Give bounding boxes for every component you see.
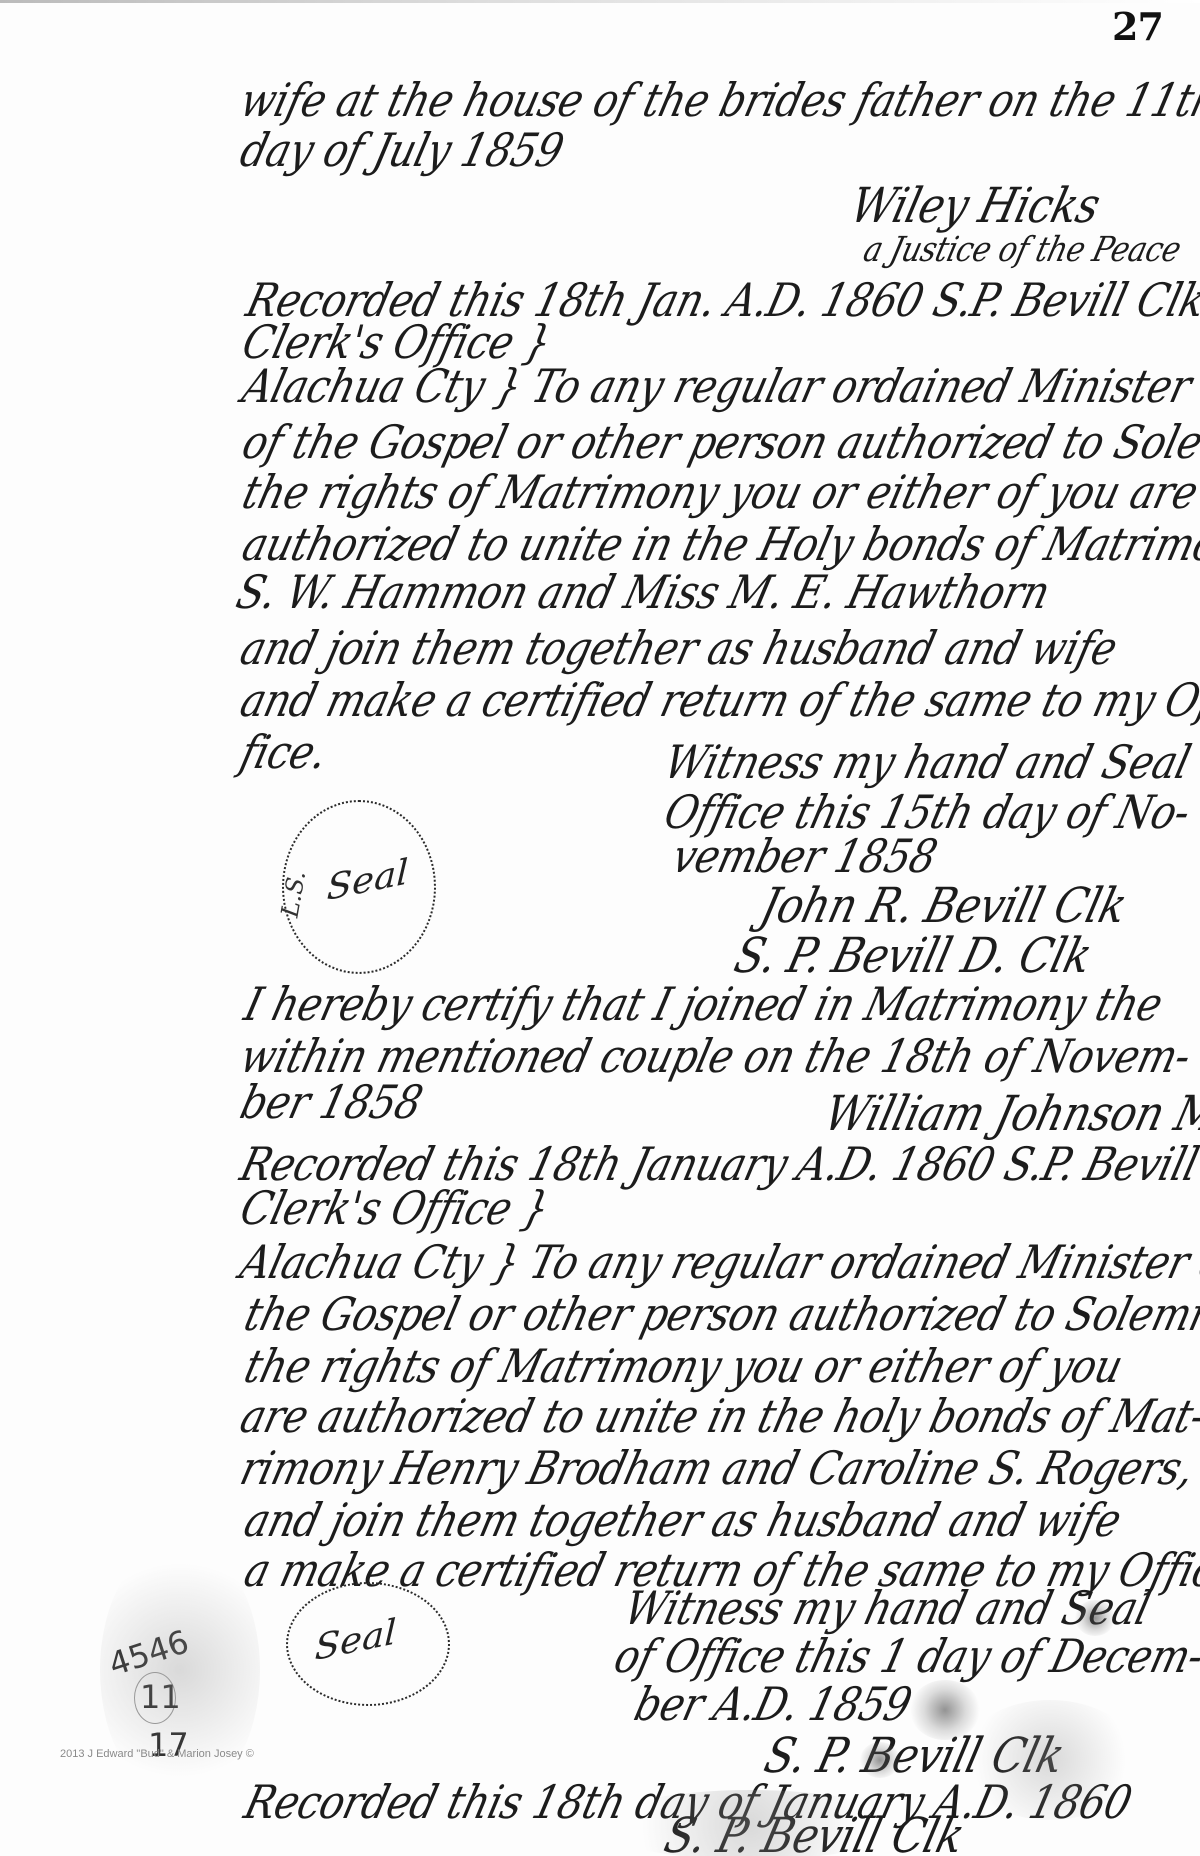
handwritten-line: Wiley Hicks (846, 182, 1104, 230)
handwritten-line: and make a certified return of the same … (236, 678, 1200, 724)
page-number: 27 (1112, 4, 1163, 49)
handwritten-line: Clerk's Office } (238, 320, 556, 366)
paper-stain (100, 1540, 260, 1800)
handwritten-line: and join them together as husband and wi… (236, 626, 1121, 672)
paper-stain (600, 1790, 900, 1856)
handwritten-line: fice. (236, 730, 331, 776)
document-page: 27 wife at the house of the brides fathe… (0, 0, 1200, 1856)
handwritten-line: ber A.D. 1859 (630, 1682, 916, 1728)
handwritten-line: Alachua Cty } To any regular ordained Mi… (238, 364, 1195, 410)
ink-smudge (1075, 1600, 1115, 1636)
handwritten-line: and join them together as husband and wi… (240, 1498, 1125, 1544)
handwritten-line: S. W. Hammon and Miss M. E. Hawthorn (232, 570, 1054, 616)
handwritten-line: the rights of Matrimony you or either of… (240, 1344, 1127, 1390)
handwritten-line: Recorded this 18th January A.D. 1860 S.P… (236, 1142, 1200, 1188)
handwritten-line: authorized to unite in the Holy bonds of… (238, 522, 1200, 568)
paper-stain (960, 1700, 1140, 1820)
handwritten-line: day of July 1859 (236, 128, 568, 174)
handwritten-line: within mentioned couple on the 18th of N… (236, 1034, 1195, 1080)
handwritten-line: John R. Bevill Clk (756, 882, 1131, 930)
handwritten-line: Alachua Cty } To any regular ordained Mi… (236, 1240, 1200, 1286)
handwritten-line: of Office this 1 day of Decem- (610, 1634, 1200, 1680)
handwritten-line: Clerk's Office } (236, 1186, 554, 1232)
handwritten-line: S. P. Bevill D. Clk (730, 932, 1096, 980)
handwritten-line: wife at the house of the brides father o… (236, 78, 1200, 124)
handwritten-line: Witness my hand and Seal (620, 1586, 1155, 1632)
handwritten-line: I hereby certify that I joined in Matrim… (240, 982, 1166, 1028)
handwritten-line: the Gospel or other person authorized to… (240, 1292, 1200, 1338)
handwritten-line: William Johnson M.G. (820, 1090, 1200, 1138)
handwritten-line: of the Gospel or other person authorized… (238, 420, 1200, 466)
page-top-edge (0, 0, 1200, 3)
handwritten-line: are authorized to unite in the holy bond… (236, 1394, 1200, 1440)
handwritten-line: Office this 15th day of No- (660, 790, 1194, 836)
ink-smudge (860, 1742, 900, 1778)
handwritten-line: Witness my hand and Seal of (660, 740, 1200, 786)
handwritten-line: ber 1858 (236, 1080, 426, 1126)
handwritten-line: the rights of Matrimony you or either of… (238, 470, 1200, 516)
handwritten-line: rimony Henry Brodham and Caroline S. Rog… (236, 1446, 1198, 1492)
handwritten-line: vember 1858 (668, 834, 941, 880)
handwritten-line: a Justice of the Peace (860, 234, 1184, 269)
